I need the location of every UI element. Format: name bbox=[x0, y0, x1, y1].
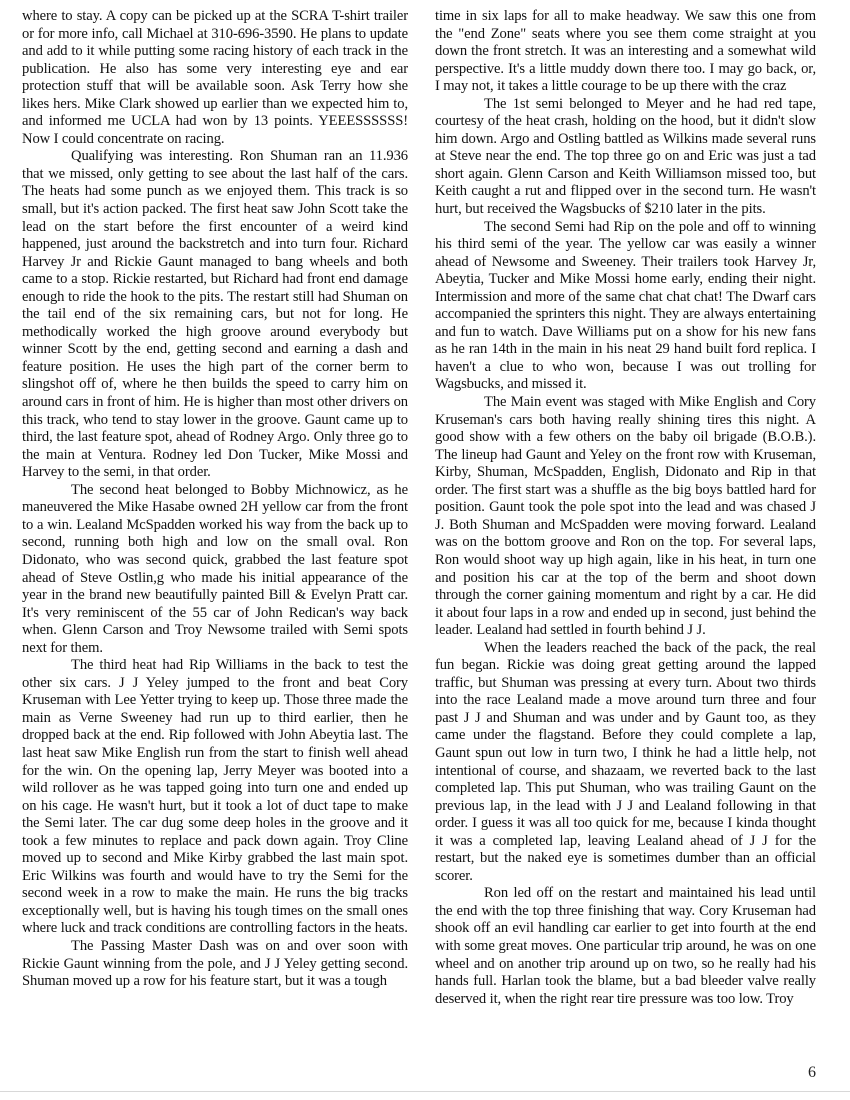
paragraph-tickets-info: where to stay. A copy can be picked up a… bbox=[22, 8, 408, 148]
paragraph-main-event: The Main event was staged with Mike Engl… bbox=[435, 394, 816, 640]
document-page: where to stay. A copy can be picked up a… bbox=[0, 0, 850, 1100]
paragraph-qualifying-first-heat: Qualifying was interesting. Ron Shuman r… bbox=[22, 148, 408, 481]
paragraph-first-semi: The 1st semi belonged to Meyer and he ha… bbox=[435, 96, 816, 219]
left-column: where to stay. A copy can be picked up a… bbox=[22, 8, 408, 991]
paragraph-dash: The Passing Master Dash was on and over … bbox=[22, 938, 408, 991]
page-number: 6 bbox=[808, 1064, 816, 1082]
right-column: time in six laps for all to make headway… bbox=[435, 8, 816, 1008]
paragraph-restart: Ron led off on the restart and maintaine… bbox=[435, 885, 816, 1008]
paragraph-second-semi: The second Semi had Rip on the pole and … bbox=[435, 219, 816, 394]
page-bottom-divider bbox=[0, 1091, 850, 1092]
paragraph-end-zone: time in six laps for all to make headway… bbox=[435, 8, 816, 96]
paragraph-second-heat: The second heat belonged to Bobby Michno… bbox=[22, 482, 408, 657]
paragraph-leaders-lapped-traffic: When the leaders reached the back of the… bbox=[435, 640, 816, 886]
paragraph-third-heat: The third heat had Rip Williams in the b… bbox=[22, 657, 408, 938]
